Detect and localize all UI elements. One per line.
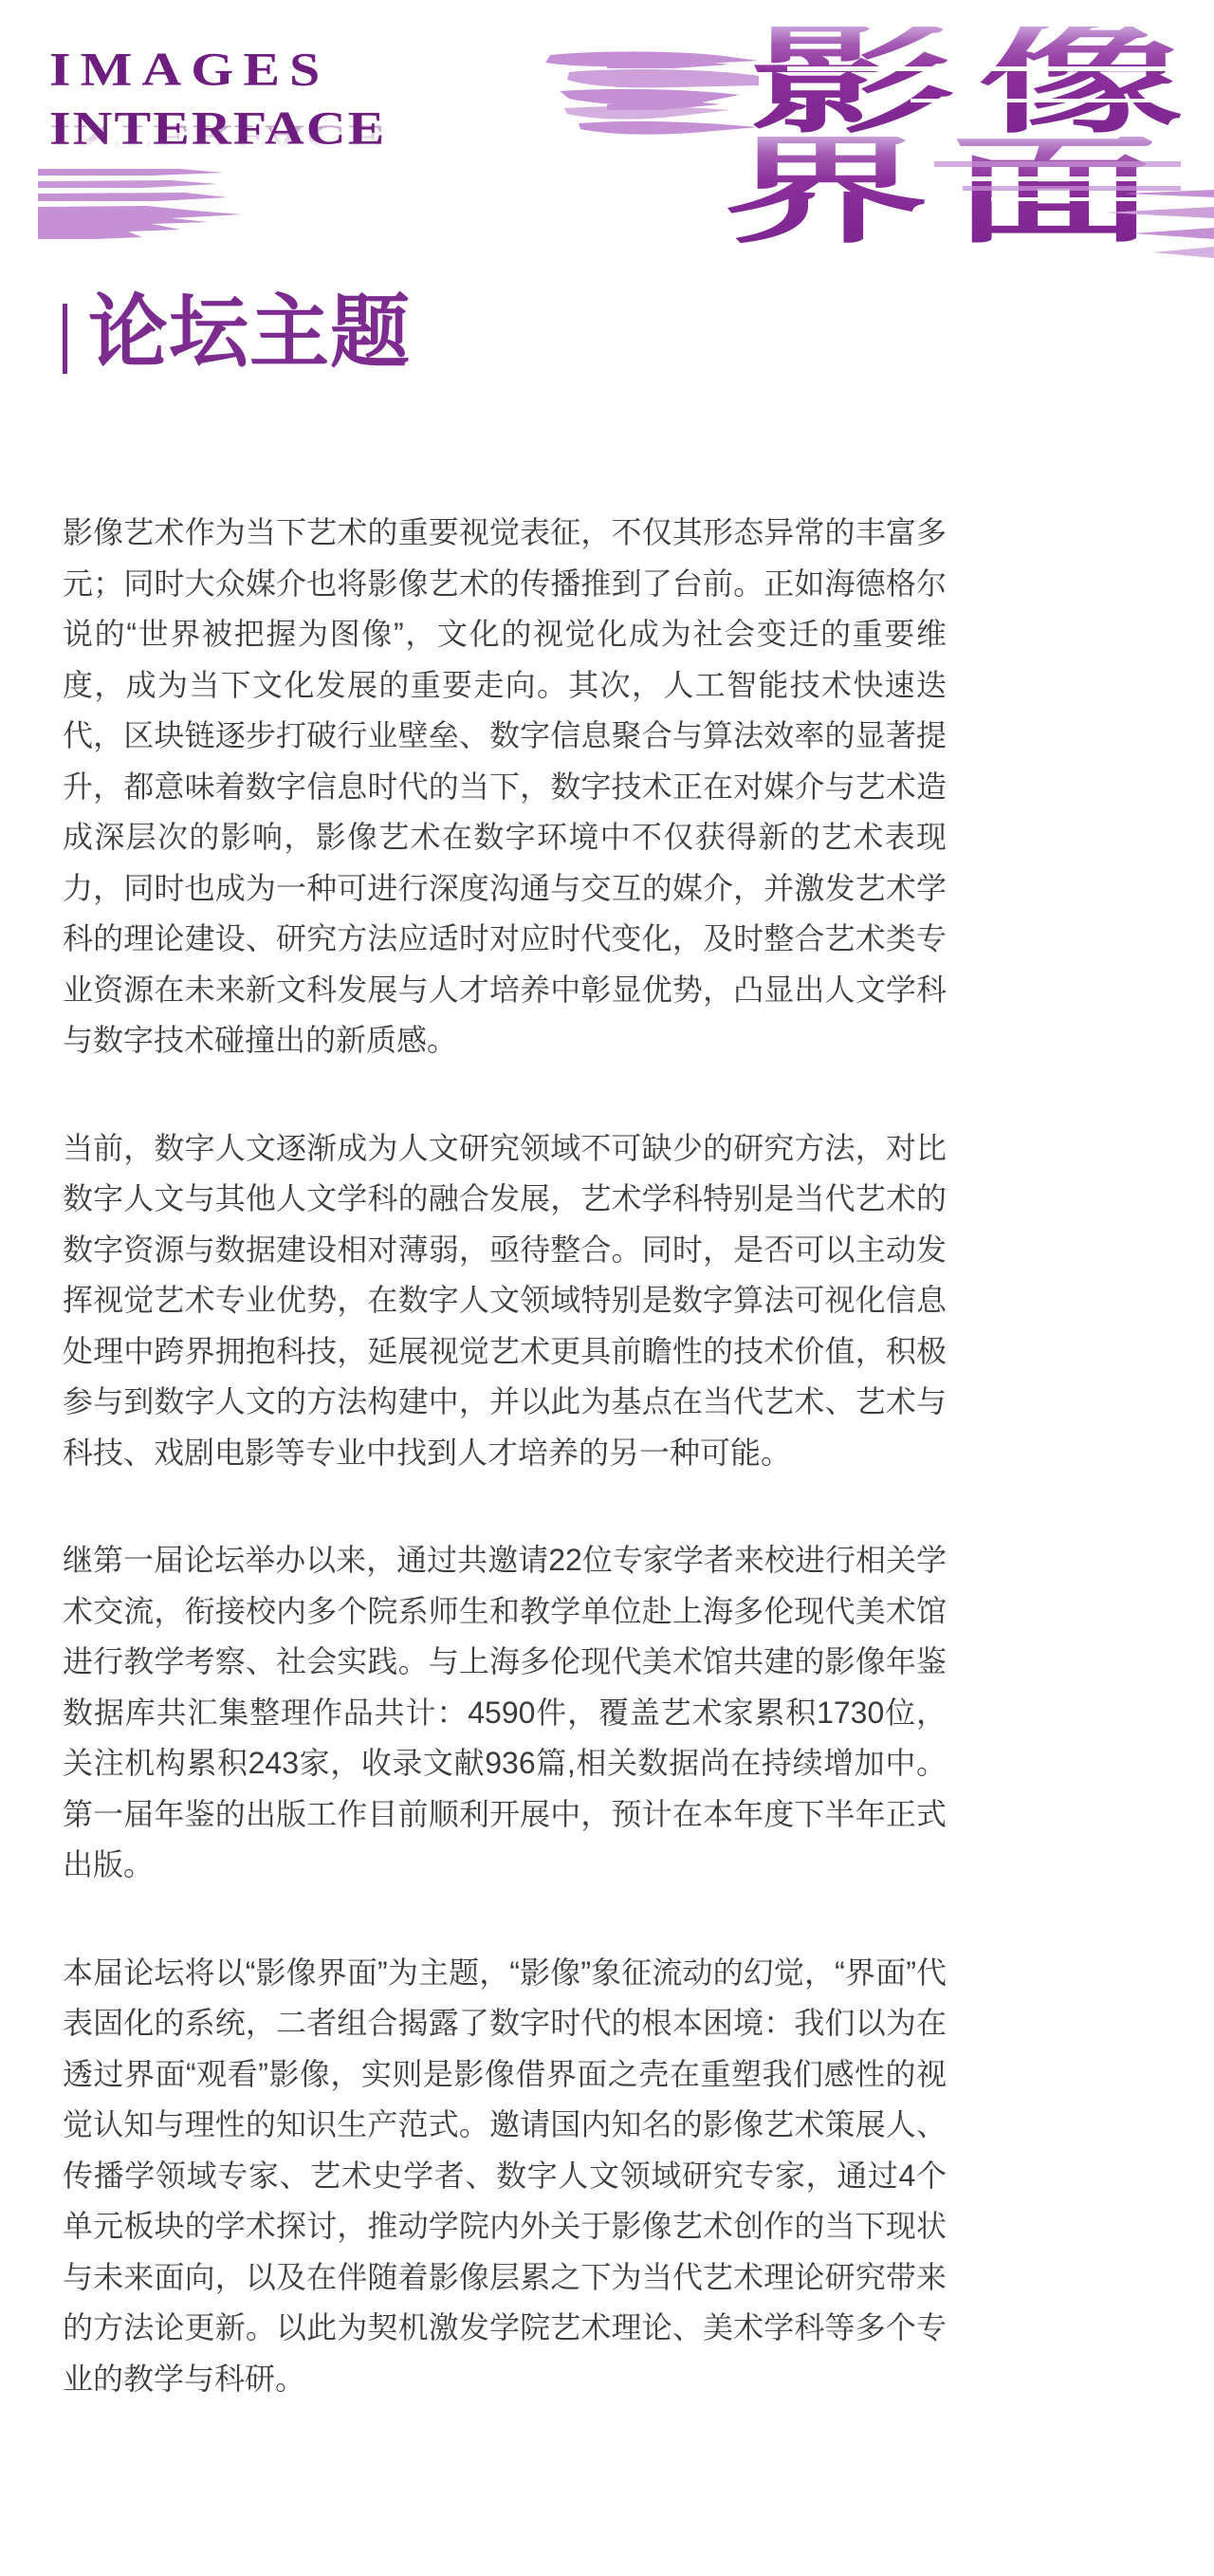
page-title: 论坛主题 xyxy=(88,290,411,374)
article-paragraph: 继第一届论坛举办以来，通过共邀请22位专家学者来校进行相关学术交流，衔接校内多个… xyxy=(63,1535,947,1891)
glitch-echo-icon xyxy=(934,161,1181,167)
glitch-slice-icon xyxy=(958,176,1186,181)
glitch-slice-icon xyxy=(910,99,1195,102)
section-heading: 论坛主题 xyxy=(63,290,411,374)
logo-reflection: INTERFACE xyxy=(49,120,386,154)
logo-text-yingxiang: 影像 xyxy=(704,27,1206,135)
heading-accent-bar xyxy=(63,304,67,374)
logo-text-images: IMAGES xyxy=(49,46,386,93)
banner: IMAGES INTERFACE INTERFACE 影像 界面 xyxy=(0,0,1214,285)
article-body: 影像艺术作为当下艺术的重要视觉表征，不仅其形态异常的丰富多元；同时大众媒介也将影… xyxy=(63,508,947,2461)
glitch-streak-bottom-left-icon xyxy=(38,167,275,247)
article-paragraph: 影像艺术作为当下艺术的重要视觉表征，不仅其形态异常的丰富多元；同时大众媒介也将影… xyxy=(63,508,947,1066)
glitch-slice-icon xyxy=(787,66,1195,71)
glitch-streak-right-edge-icon xyxy=(1086,186,1214,262)
article-paragraph: 当前，数字人文逐渐成为人文研究领域不可缺少的研究方法，对比数字人文与其他人文学科… xyxy=(63,1123,947,1479)
article-paragraph: 本届论坛将以“影像界面”为主题，“影像”象征流动的幻觉，“界面”代表固化的系统，… xyxy=(63,1948,947,2405)
